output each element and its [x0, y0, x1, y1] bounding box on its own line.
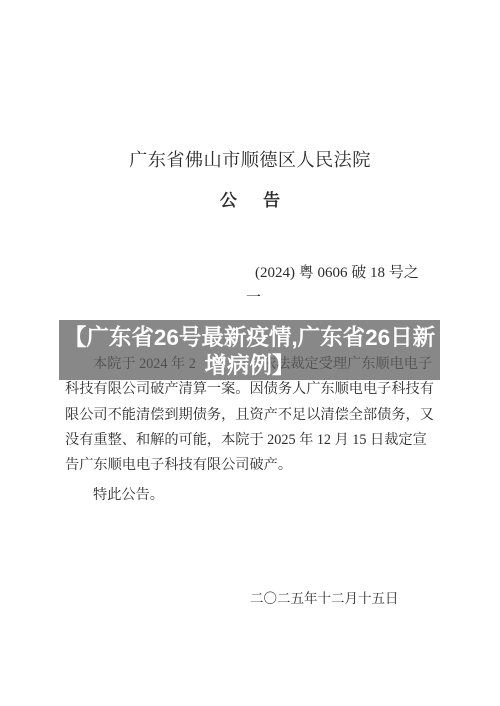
case-number-line2: 一	[246, 286, 261, 307]
announcement-title: 公 告	[0, 186, 500, 211]
body-line-4: 没有重整、和解的可能，本院于 2025 年 12 月 15 日裁定宣	[65, 428, 445, 453]
headline-overlay-line1: 【广东省26号最新疫情,广东省26日新	[59, 324, 440, 352]
court-name-heading: 广东省佛山市顺德区人民法院	[0, 146, 500, 172]
body-line-3: 限公司不能清偿到期债务，且资产不足以清偿全部债务，又	[65, 403, 445, 428]
body-line-5: 告广东顺电电子科技有限公司破产。	[65, 453, 445, 478]
announcement-page: 广东省佛山市顺德区人民法院 公 告 (2024) 粤 0606 破 18 号之 …	[0, 0, 500, 706]
case-number-line1: (2024) 粤 0606 破 18 号之	[255, 261, 419, 282]
headline-overlay-banner: 【广东省26号最新疫情,广东省26日新 增病例】	[59, 320, 440, 380]
announcement-date: 二〇二五年十二月十五日	[250, 587, 399, 607]
body-line-2: 科技有限公司破产清算一案。因债务人广东顺电电子科技有	[65, 377, 445, 402]
headline-overlay-line2: 增病例】	[59, 352, 440, 380]
closing-statement: 特此公告。	[93, 484, 164, 504]
